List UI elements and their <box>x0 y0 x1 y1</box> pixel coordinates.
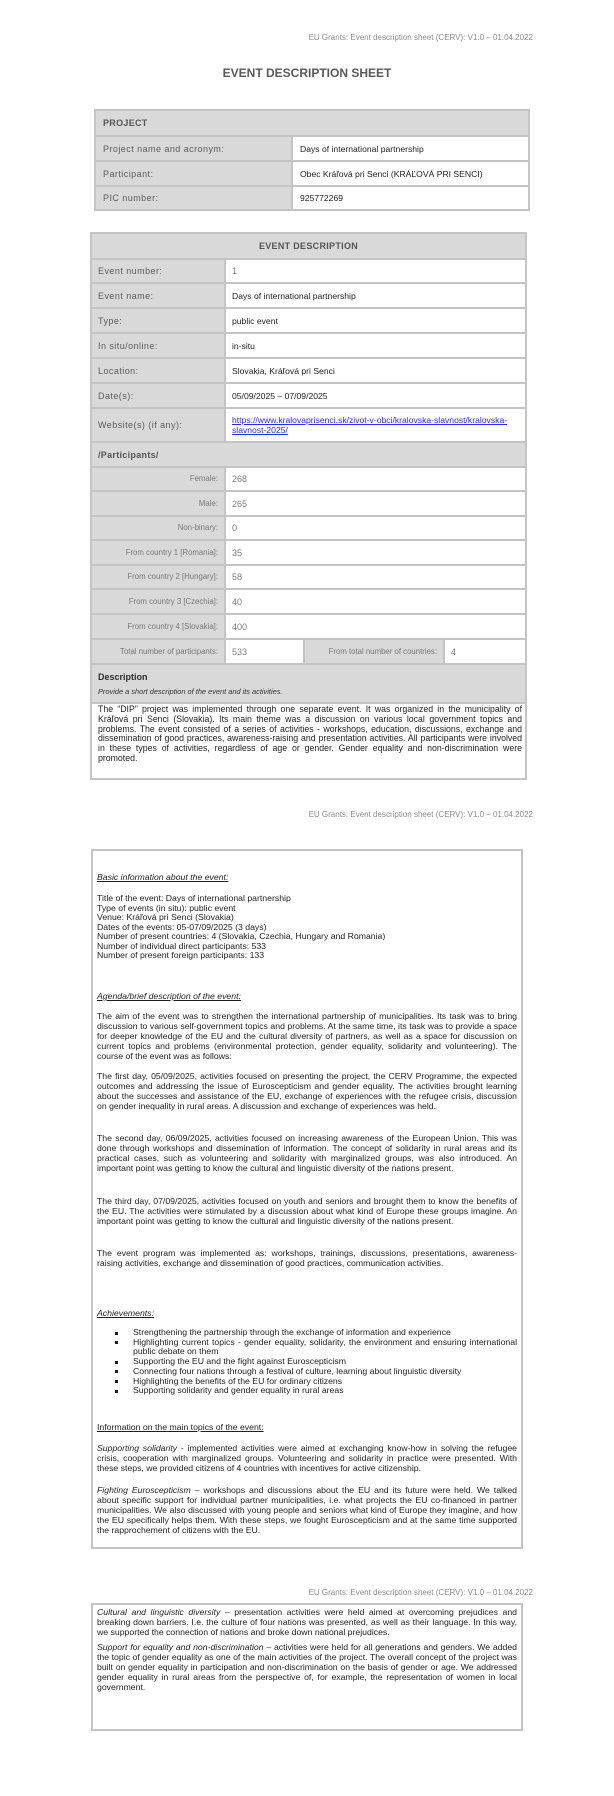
event-row-type: Type: public event <box>91 308 526 333</box>
event-heading: EVENT DESCRIPTION <box>91 233 526 259</box>
participants-row: Non-binary: 0 <box>91 516 526 540</box>
description-continuation-box-2: Cultural and linguistic diversity – pres… <box>91 1603 523 1731</box>
topics-heading: Information on the main topics of the ev… <box>97 1422 517 1432</box>
bullet-icon <box>115 1332 118 1335</box>
field-label: Location: <box>91 358 225 383</box>
description-instruction: Provide a short description of the event… <box>98 686 519 698</box>
event-row-website: Website(s) (if any): https://www.kralova… <box>91 408 526 442</box>
participants-row: From country 4 [Slovakia]: 400 <box>91 614 526 639</box>
agenda-paragraph: The third day, 07/09/2025, activities fo… <box>97 1196 517 1226</box>
event-row-dates: Date(s): 05/09/2025 – 07/09/2025 <box>91 383 526 408</box>
total-countries-value: 4 <box>444 639 526 664</box>
location-value: Slovakia, Kráľová pri Senci <box>225 358 526 383</box>
event-number-value: 1 <box>225 259 526 283</box>
participant-value: Obec Kráľová pri Senci (KRÁĽOVÁ PRI SENC… <box>292 161 529 186</box>
insitu-value: in-situ <box>225 333 526 358</box>
agenda-heading: Agenda/brief description of the event: <box>97 991 517 1001</box>
total-countries-label: From total number of countries: <box>304 639 444 664</box>
male-count: 265 <box>225 491 526 516</box>
totals-row: Total number of participants: 533 From t… <box>91 639 526 664</box>
topic-paragraph: Supporting solidarity - implemented acti… <box>97 1443 517 1473</box>
field-label: Date(s): <box>91 383 225 408</box>
bullet-icon <box>115 1370 118 1373</box>
bullet-icon <box>115 1341 118 1344</box>
participants-row: Female: 268 <box>91 467 526 491</box>
document-page: EU Grants: Event description sheet (CERV… <box>0 0 614 1796</box>
participants-row: Male: 265 <box>91 491 526 516</box>
basic-info-heading: Basic information about the event: <box>97 872 517 882</box>
total-participants-value: 533 <box>225 639 304 664</box>
participants-row: From country 1 [Romania]: 35 <box>91 540 526 565</box>
project-table: PROJECT Project name and acronym: Days o… <box>94 109 530 211</box>
participants-label: From country 4 [Slovakia]: <box>91 614 225 639</box>
website-link[interactable]: https://www.kralovaprisenci.sk/zivot-v-o… <box>232 415 507 435</box>
participants-label: From country 1 [Romania]: <box>91 540 225 565</box>
field-label: Participant: <box>95 161 292 186</box>
list-item: Highlighting current topics - gender equ… <box>93 1338 517 1357</box>
basic-info-line: Number of present foreign participants: … <box>97 951 517 961</box>
participants-label: Non-binary: <box>91 516 225 540</box>
running-header: EU Grants: Event description sheet (CERV… <box>309 810 533 820</box>
topic-title: Cultural and linguistic diversity <box>97 1607 220 1617</box>
bullet-icon <box>115 1380 118 1383</box>
participants-row: From country 2 [Hungary]: 58 <box>91 565 526 589</box>
topic-title: Supporting solidarity <box>97 1443 177 1453</box>
field-label: Type: <box>91 308 225 333</box>
description-continuation-box: Basic information about the event: Title… <box>91 849 523 1549</box>
event-row-name: Event name: Days of international partne… <box>91 283 526 308</box>
field-label: In situ/online: <box>91 333 225 358</box>
agenda-paragraph: The second day, 06/09/2025, activities f… <box>97 1133 517 1173</box>
event-name-value: Days of international partnership <box>225 283 526 308</box>
topic-paragraph: Cultural and linguistic diversity – pres… <box>97 1607 517 1637</box>
field-label: Event number: <box>91 259 225 283</box>
basic-info-list: Title of the event: Days of internationa… <box>97 894 517 961</box>
achievement-text: Supporting the EU and the fight against … <box>133 1356 346 1366</box>
project-row-participant: Participant: Obec Kráľová pri Senci (KRÁ… <box>95 161 529 186</box>
female-count: 268 <box>225 467 526 491</box>
achievement-text: Supporting solidarity and gender equalit… <box>133 1385 344 1395</box>
website-cell: https://www.kralovaprisenci.sk/zivot-v-o… <box>225 408 526 442</box>
project-heading: PROJECT <box>95 110 529 136</box>
country-3-count: 40 <box>225 589 526 614</box>
achievement-text: Strengthening the partnership through th… <box>133 1327 451 1337</box>
topic-title: Fighting Euroscepticism <box>97 1485 191 1495</box>
topic-title: Support for equality and non-discriminat… <box>97 1642 264 1652</box>
topic-paragraph: Fighting Euroscepticism – workshops and … <box>97 1485 517 1535</box>
achievement-text: Connecting four nations through a festiv… <box>133 1366 461 1376</box>
event-row-insitu: In situ/online: in-situ <box>91 333 526 358</box>
field-label: Website(s) (if any): <box>91 408 225 442</box>
field-label: Event name: <box>91 283 225 308</box>
bullet-icon <box>115 1361 118 1364</box>
description-header: Description Provide a short description … <box>91 664 526 703</box>
country-4-count: 400 <box>225 614 526 639</box>
achievements-heading: Achievements: <box>97 1308 517 1318</box>
pic-number-value: 925772269 <box>292 186 529 210</box>
agenda-paragraph: The first day, 05/09/2025, activities fo… <box>97 1071 517 1111</box>
description-text: The “DIP” project was implemented throug… <box>91 703 526 779</box>
running-header: EU Grants: Event description sheet (CERV… <box>309 33 533 43</box>
event-row-location: Location: Slovakia, Kráľová pri Senci <box>91 358 526 383</box>
nonbinary-count: 0 <box>225 516 526 540</box>
bullet-icon <box>115 1390 118 1393</box>
running-header: EU Grants: Event description sheet (CERV… <box>309 1588 533 1598</box>
agenda-paragraph: The aim of the event was to strengthen t… <box>97 1011 517 1061</box>
agenda-paragraph: The event program was implemented as: wo… <box>97 1248 517 1268</box>
topic-paragraph: Support for equality and non-discriminat… <box>97 1642 517 1692</box>
project-row-pic: PIC number: 925772269 <box>95 186 529 210</box>
achievements-list: Strengthening the partnership through th… <box>93 1328 517 1396</box>
event-type-value: public event <box>225 308 526 333</box>
participants-label: From country 2 [Hungary]: <box>91 565 225 589</box>
country-1-count: 35 <box>225 540 526 565</box>
event-description-table: EVENT DESCRIPTION Event number: 1 Event … <box>90 232 527 780</box>
country-2-count: 58 <box>225 565 526 589</box>
project-name-value: Days of international partnership <box>292 136 529 161</box>
page-title: EVENT DESCRIPTION SHEET <box>0 66 614 80</box>
field-label: Project name and acronym: <box>95 136 292 161</box>
achievement-text: Highlighting the benefits of the EU for … <box>133 1376 342 1386</box>
participants-heading: /Participants/ <box>91 442 526 467</box>
total-participants-label: Total number of participants: <box>91 639 225 664</box>
description-heading: Description <box>98 671 519 683</box>
field-label: PIC number: <box>95 186 292 210</box>
participants-label: Male: <box>91 491 225 516</box>
list-item: Supporting solidarity and gender equalit… <box>93 1386 517 1396</box>
participants-label: Female: <box>91 467 225 491</box>
participants-label: From country 3 [Czechia]: <box>91 589 225 614</box>
achievement-text: Highlighting current topics - gender equ… <box>133 1337 517 1357</box>
project-row-name: Project name and acronym: Days of intern… <box>95 136 529 161</box>
dates-value: 05/09/2025 – 07/09/2025 <box>225 383 526 408</box>
participants-row: From country 3 [Czechia]: 40 <box>91 589 526 614</box>
event-row-number: Event number: 1 <box>91 259 526 283</box>
